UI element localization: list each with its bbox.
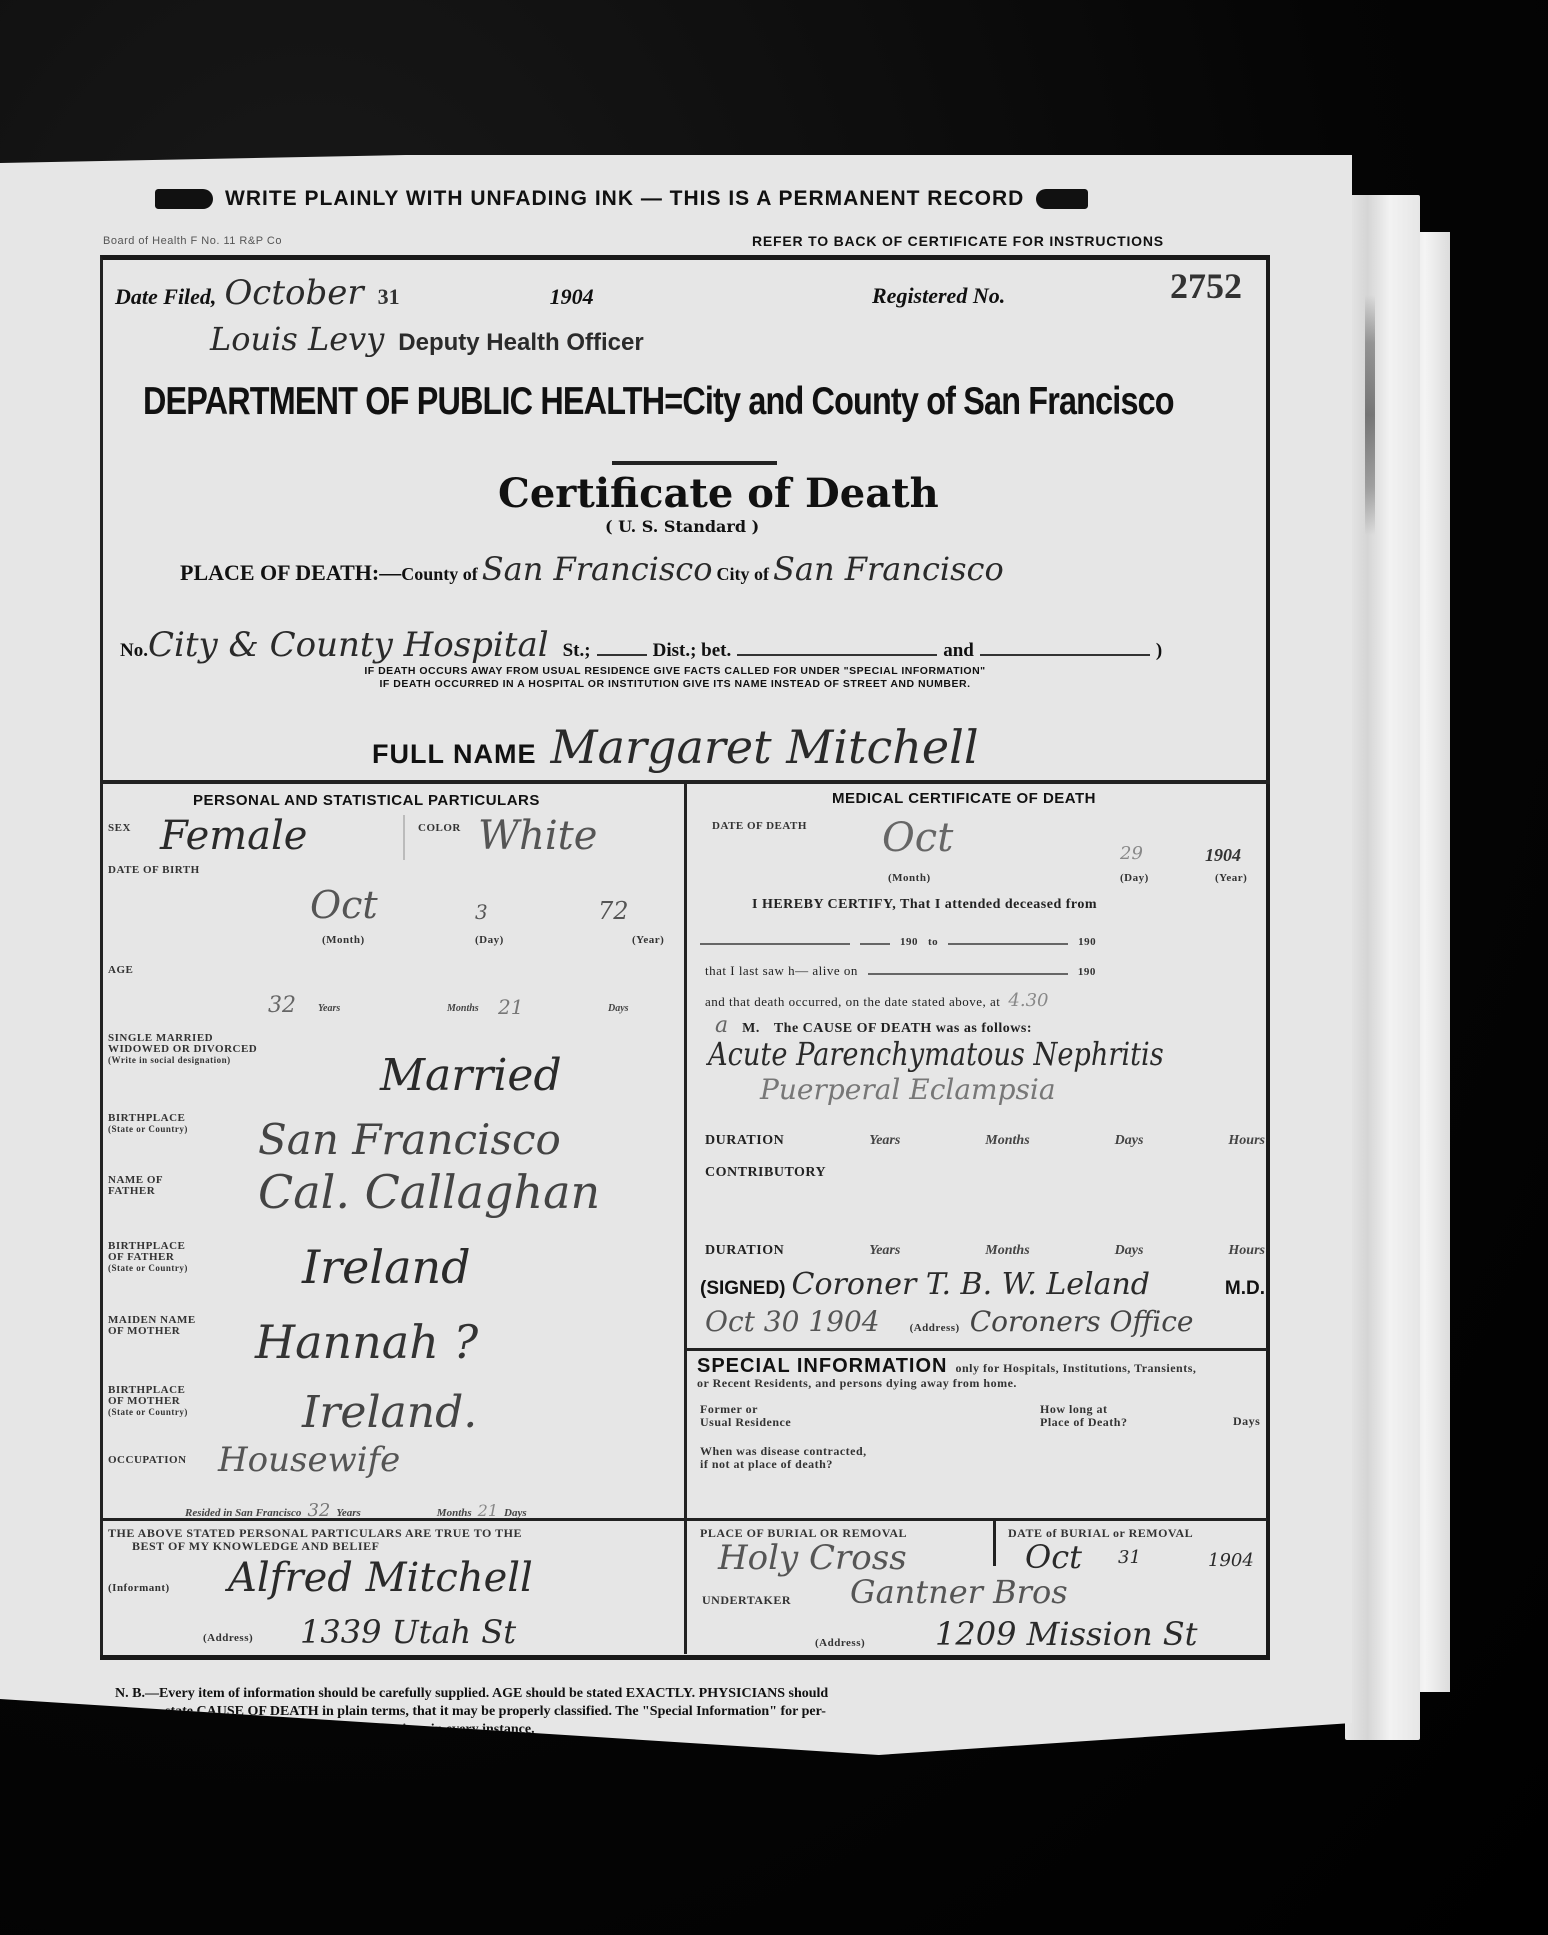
last-saw-row: that I last saw h— alive on 190 xyxy=(705,963,1265,979)
label-line: Usual Residence xyxy=(700,1416,791,1429)
contracted-label: When was disease contracted, if not at p… xyxy=(700,1445,867,1471)
st-label: St.; xyxy=(563,640,591,662)
color-label: COLOR xyxy=(418,823,461,834)
mother-birthplace-label: BIRTHPLACE OF MOTHER (State or Country) xyxy=(108,1385,188,1418)
city-value: San Francisco xyxy=(773,550,1004,588)
institution-value: City & County Hospital xyxy=(148,625,549,665)
special-heading: SPECIAL INFORMATION xyxy=(697,1355,947,1378)
officer-title: Deputy Health Officer xyxy=(398,329,643,357)
place-note-line-1: IF DEATH OCCURS AWAY FROM USUAL RESIDENC… xyxy=(245,665,1105,678)
banner-text: WRITE PLAINLY WITH UNFADING INK — THIS I… xyxy=(225,187,1024,211)
label-line: (State or Country) xyxy=(108,1263,188,1274)
birthplace-label-line: (State or Country) xyxy=(108,1124,188,1135)
burial-date-month: Oct xyxy=(1025,1538,1082,1576)
burial-place-value: Holy Cross xyxy=(718,1538,907,1578)
nb-line: N. B.—Every item of information should b… xyxy=(115,1685,1195,1703)
days-caption: Days xyxy=(1115,1243,1144,1259)
color-value: White xyxy=(478,813,597,859)
informant-statement: THE ABOVE STATED PERSONAL PARTICULARS AR… xyxy=(108,1527,522,1553)
date-filed-year: 1904 xyxy=(550,284,594,310)
former-residence-label: Former or Usual Residence xyxy=(700,1403,791,1429)
how-long-label: How long at Place of Death? xyxy=(1040,1403,1127,1429)
blank-line xyxy=(980,654,1150,656)
divider xyxy=(612,461,777,465)
years-caption: Years xyxy=(318,1003,340,1014)
duration-row-2: DURATION Years Months Days Hours xyxy=(705,1243,1265,1259)
and-label: and xyxy=(943,640,974,662)
days-caption: Days xyxy=(1115,1133,1144,1149)
personal-heading: PERSONAL AND STATISTICAL PARTICULARS xyxy=(193,792,540,809)
label-line: (State or Country) xyxy=(108,1407,188,1418)
column-divider xyxy=(993,1521,996,1566)
father-birthplace-value: Ireland xyxy=(302,1240,471,1294)
dob-month: Oct xyxy=(310,883,378,927)
father-label: NAME OF FATHER xyxy=(108,1175,163,1197)
undertaker-address-label: (Address) xyxy=(815,1638,865,1649)
label-line: OF FATHER xyxy=(108,1252,188,1263)
certificate-page: WRITE PLAINLY WITH UNFADING INK — THIS I… xyxy=(0,155,1352,1755)
year-caption: (Year) xyxy=(632,935,664,946)
undertaker-label: UNDERTAKER xyxy=(702,1595,791,1606)
to-label: to xyxy=(928,937,938,948)
county-value: San Francisco xyxy=(482,550,713,588)
father-value: Cal. Callaghan xyxy=(258,1165,600,1219)
last-saw-year: 190 xyxy=(1078,967,1096,978)
months-caption: Months xyxy=(447,1003,479,1014)
date-of-death-month: Oct xyxy=(882,815,953,861)
years-caption: Years xyxy=(869,1133,900,1149)
undertaker-address: 1209 Mission St xyxy=(935,1615,1198,1653)
special-note: or Recent Residents, and persons dying a… xyxy=(697,1378,1267,1389)
informant-address: 1339 Utah St xyxy=(300,1613,516,1651)
department-title: DEPARTMENT OF PUBLIC HEALTH=City and Cou… xyxy=(143,380,1174,424)
month-caption: (Month) xyxy=(888,873,931,884)
registered-no-label: Registered No. xyxy=(872,283,1005,309)
registered-no: 2752 xyxy=(1170,265,1242,307)
address-label: (Address) xyxy=(910,1323,960,1334)
from-year: 190 xyxy=(900,937,918,948)
hours-caption: Hours xyxy=(1228,1133,1265,1149)
certify-text: I HEREBY CERTIFY, That I attended deceas… xyxy=(752,897,1097,913)
signed-label: (SIGNED) xyxy=(700,1278,786,1300)
hours-caption: Hours xyxy=(1228,1243,1265,1259)
day-caption: (Day) xyxy=(1120,873,1149,884)
burial-date-day: 31 xyxy=(1118,1547,1141,1568)
informant-address-label: (Address) xyxy=(203,1633,253,1644)
days-caption: Days xyxy=(608,1003,629,1014)
death-time-row: and that death occurred, on the date sta… xyxy=(705,990,1049,1011)
months-caption: Months xyxy=(985,1243,1029,1259)
divider xyxy=(403,815,405,860)
health-officer: Louis Levy Deputy Health Officer xyxy=(210,320,644,358)
nb-footer: N. B.—Every item of information should b… xyxy=(115,1685,1195,1739)
place-note: IF DEATH OCCURS AWAY FROM USUAL RESIDENC… xyxy=(245,665,1105,691)
smudge xyxy=(1365,295,1375,535)
md-label: M.D. xyxy=(1225,1278,1265,1300)
column-divider xyxy=(684,784,687,1654)
dob-label: DATE OF BIRTH xyxy=(108,865,200,876)
burial-date-year: 1904 xyxy=(1208,1550,1254,1571)
year-caption: (Year) xyxy=(1215,873,1247,884)
marital-value: Married xyxy=(380,1050,562,1101)
place-note-line-2: IF DEATH OCCURRED IN A HOSPITAL OR INSTI… xyxy=(245,678,1105,691)
nb-line: sons dying away from home should be give… xyxy=(115,1721,1195,1739)
mother-label: MAIDEN NAME OF MOTHER xyxy=(108,1315,196,1337)
full-name-value: Margaret Mitchell xyxy=(551,720,979,774)
mother-value: Hannah ? xyxy=(255,1315,478,1369)
special-info: SPECIAL INFORMATION only for Hospitals, … xyxy=(697,1355,1267,1389)
months-caption: Months xyxy=(985,1133,1029,1149)
dob-year: 72 xyxy=(598,897,629,925)
marital-label-line: WIDOWED OR DIVORCED xyxy=(108,1044,257,1055)
pointing-hand-icon xyxy=(155,189,213,209)
date-filed-month: October xyxy=(224,273,363,313)
age-years: 32 xyxy=(268,993,296,1018)
bottom-rule xyxy=(100,1655,1270,1660)
blank-line xyxy=(737,654,937,656)
county-label: County of xyxy=(401,564,478,585)
banner: WRITE PLAINLY WITH UNFADING INK — THIS I… xyxy=(155,187,1235,211)
informant-name: Alfred Mitchell xyxy=(228,1555,533,1601)
place-of-death-label: PLACE OF DEATH:— xyxy=(180,560,401,586)
death-time: 4.30 xyxy=(1008,990,1048,1011)
signed-address: Coroners Office xyxy=(970,1305,1194,1338)
statement-line: BEST OF MY KNOWLEDGE AND BELIEF xyxy=(108,1540,522,1553)
no-label: No. xyxy=(120,640,148,662)
blank-line xyxy=(948,943,1068,945)
address-row: No. City & County Hospital St.; Dist.; b… xyxy=(120,625,1162,665)
month-caption: (Month) xyxy=(322,935,365,946)
instructions-ref: REFER TO BACK OF CERTIFICATE FOR INSTRUC… xyxy=(752,233,1164,249)
full-name-label: FULL NAME xyxy=(372,739,537,770)
contributory-label: CONTRIBUTORY xyxy=(705,1165,826,1181)
cause-primary: Acute Parenchymatous Nephritis xyxy=(708,1035,1164,1073)
blank-line xyxy=(597,654,647,656)
marital-label: SINGLE MARRIED WIDOWED OR DIVORCED (Writ… xyxy=(108,1033,257,1066)
duration-label: DURATION xyxy=(705,1243,784,1259)
last-saw-text: that I last saw h— alive on xyxy=(705,963,858,979)
form-ref: Board of Health F No. 11 R&P Co xyxy=(103,235,282,247)
blank-line xyxy=(860,943,890,945)
days-label: Days xyxy=(1233,1416,1260,1427)
marital-label-line: (Write in social designation) xyxy=(108,1055,257,1066)
sex-value: Female xyxy=(160,813,307,859)
blank-line xyxy=(700,943,850,945)
age-days: 21 xyxy=(498,995,523,1019)
full-name: FULL NAME Margaret Mitchell xyxy=(372,720,979,774)
officer-signature: Louis Levy xyxy=(210,320,384,358)
signed-row: (SIGNED) Coroner T. B. W. Leland M.D. xyxy=(700,1267,1265,1302)
pointing-hand-icon xyxy=(1036,189,1088,209)
label-line: OF MOTHER xyxy=(108,1396,188,1407)
dist-label: Dist.; bet. xyxy=(653,640,732,662)
label-line: OF MOTHER xyxy=(108,1326,196,1337)
date-filed-day: 31 xyxy=(378,284,400,310)
signed-date-row: Oct 30 1904 (Address) Coroners Office xyxy=(705,1305,1194,1338)
signed-date: Oct 30 1904 xyxy=(705,1305,880,1338)
date-filed: Date Filed, October 31 1904 xyxy=(115,273,594,313)
nb-line: state CAUSE OF DEATH in plain terms, tha… xyxy=(115,1703,1195,1721)
special-note: only for Hospitals, Institutions, Transi… xyxy=(955,1363,1196,1374)
duration-row: DURATION Years Months Days Hours xyxy=(705,1133,1265,1149)
occurred-text: and that death occurred, on the date sta… xyxy=(705,994,1000,1010)
certificate-title: Certificate of Death xyxy=(498,470,939,517)
date-of-death-day: 29 xyxy=(1120,843,1143,864)
label-line: Place of Death? xyxy=(1040,1416,1127,1429)
birthplace-label-line: BIRTHPLACE xyxy=(108,1113,188,1124)
signed-value: Coroner T. B. W. Leland xyxy=(792,1267,1225,1302)
divider xyxy=(103,1518,684,1521)
paren: ) xyxy=(1156,640,1162,662)
occupation-label: OCCUPATION xyxy=(108,1455,187,1466)
date-of-death-year: 1904 xyxy=(1205,845,1241,866)
city-label: City of xyxy=(716,564,769,585)
birthplace-value: San Francisco xyxy=(258,1115,561,1164)
date-filed-label: Date Filed, xyxy=(115,284,216,310)
label-line: if not at place of death? xyxy=(700,1458,867,1471)
cause-secondary: Puerperal Eclampsia xyxy=(760,1073,1056,1106)
place-of-death: PLACE OF DEATH:— County of San Francisco… xyxy=(180,550,1008,588)
duration-label: DURATION xyxy=(705,1133,784,1149)
divider xyxy=(687,1348,1267,1351)
blank-line xyxy=(868,973,1068,975)
sex-label: SEX xyxy=(108,823,131,834)
page-stack-edge xyxy=(1345,195,1420,1740)
informant-label: (Informant) xyxy=(108,1583,170,1594)
mother-birthplace-value: Ireland. xyxy=(302,1387,477,1438)
date-of-death-label: DATE OF DEATH xyxy=(712,821,807,832)
father-birthplace-label: BIRTHPLACE OF FATHER (State or Country) xyxy=(108,1241,188,1274)
to-year: 190 xyxy=(1078,937,1096,948)
day-caption: (Day) xyxy=(475,935,504,946)
father-label-line: FATHER xyxy=(108,1186,163,1197)
certificate-subtitle: ( U. S. Standard ) xyxy=(605,517,759,536)
attended-range: 190 to 190 xyxy=(700,937,1260,948)
dob-day: 3 xyxy=(475,900,488,924)
occupation-value: Housewife xyxy=(218,1440,400,1480)
undertaker-value: Gantner Bros xyxy=(850,1573,1068,1611)
age-label: AGE xyxy=(108,965,133,976)
birthplace-label: BIRTHPLACE (State or Country) xyxy=(108,1113,188,1135)
divider xyxy=(687,1518,1267,1521)
years-caption: Years xyxy=(869,1243,900,1259)
medical-heading: MEDICAL CERTIFICATE OF DEATH xyxy=(832,790,1096,807)
